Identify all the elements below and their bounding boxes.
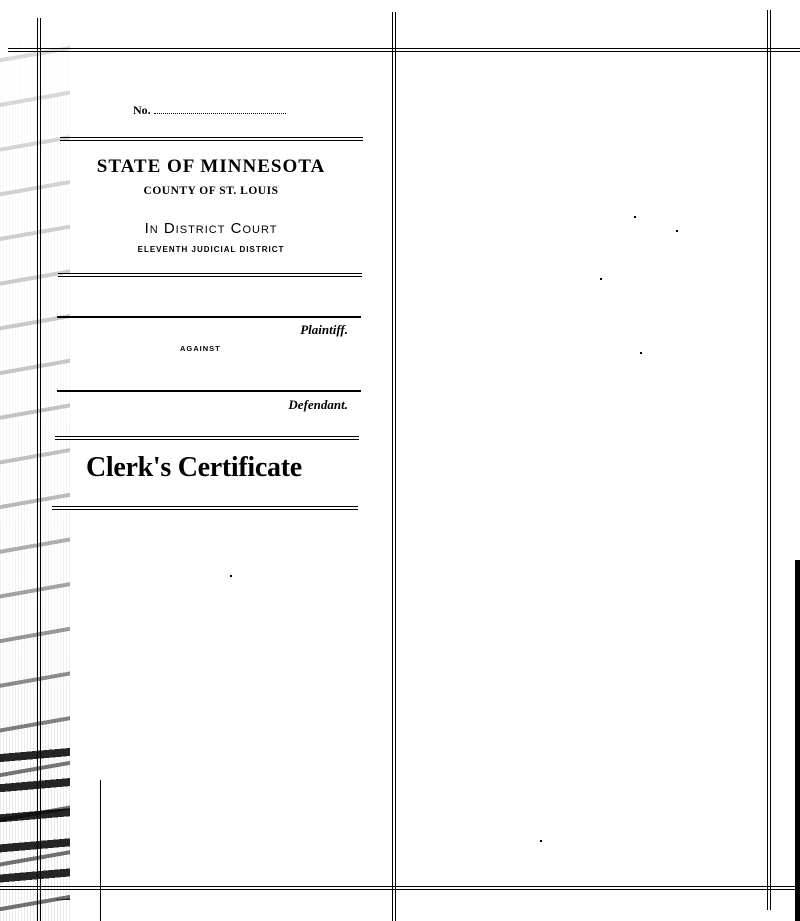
county-heading: COUNTY OF ST. LOUIS: [60, 185, 362, 197]
right-panel-blank: [396, 52, 766, 884]
scan-speck: [600, 278, 602, 280]
judicial-district-heading: ELEVENTH JUDICIAL DISTRICT: [60, 245, 362, 254]
scan-speck: [230, 575, 232, 577]
page-edge-shadow: [795, 560, 800, 921]
rule-below-title: [52, 506, 358, 510]
court-heading: In District Court: [60, 220, 362, 237]
bottom-frame-rule: [0, 886, 800, 890]
inner-margin-rule: [100, 780, 101, 921]
scan-speck: [540, 840, 542, 842]
plaintiff-label: Plaintiff.: [300, 322, 348, 338]
state-heading: STATE OF MINNESOTA: [60, 156, 362, 178]
rule-under-district: [58, 273, 362, 277]
scan-speck: [676, 230, 678, 232]
rule-under-number: [60, 137, 363, 141]
case-number-row: No.: [133, 103, 286, 118]
rule-above-title: [55, 436, 359, 440]
binding-stitching-marks: [0, 740, 70, 900]
defendant-label: Defendant.: [288, 397, 348, 413]
document-title: Clerk's Certificate: [86, 452, 302, 484]
case-number-blank[interactable]: [154, 103, 286, 114]
plaintiff-name-field[interactable]: [62, 290, 358, 312]
scan-speck: [640, 352, 642, 354]
plaintiff-rule: [57, 316, 361, 318]
right-frame-rule: [767, 10, 771, 910]
left-frame-rule: [37, 18, 41, 921]
scan-speck: [634, 216, 636, 218]
defendant-name-field[interactable]: [62, 364, 358, 386]
defendant-rule: [57, 390, 361, 392]
case-number-label: No.: [133, 103, 151, 117]
against-label: AGAINST: [180, 344, 221, 353]
